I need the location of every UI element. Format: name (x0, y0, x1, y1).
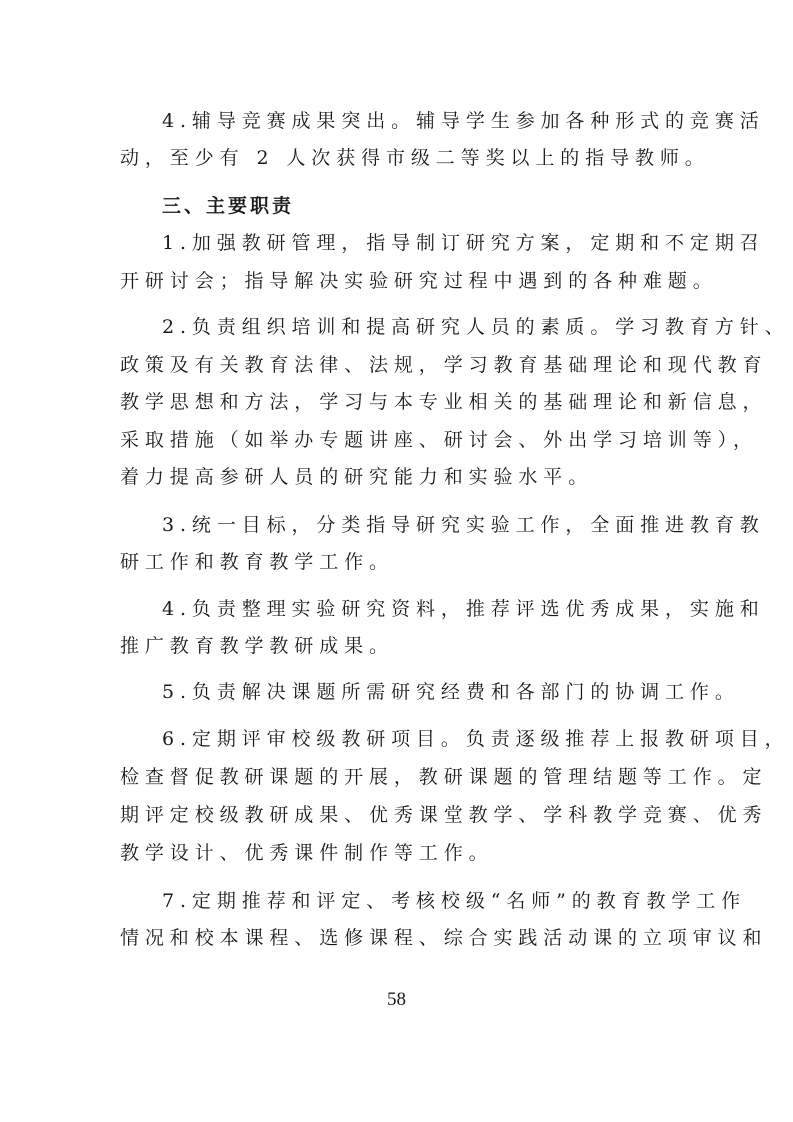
text-line: 2.负责组织培训和提高研究人员的素质。学习教育方针、 (162, 315, 722, 339)
section-heading: 三、主要职责 (162, 194, 722, 218)
text-line: 1.加强教研管理，指导制订研究方案，定期和不定期召 (162, 231, 722, 255)
text-line: 政策及有关教育法律、法规，学习教育基础理论和现代教育 (120, 353, 680, 377)
text-line: 推广教育教学教研成果。 (120, 634, 680, 658)
text-line: 期评定校级教研成果、优秀课堂教学、学科教学竞赛、优秀 (120, 803, 680, 827)
text-line: 6.定期评审校级教研项目。负责逐级推荐上报教研项目， (162, 727, 722, 751)
page-number: 58 (0, 989, 793, 1011)
text-line: 着力提高参研人员的研究能力和实验水平。 (120, 465, 680, 489)
text-line: 教学思想和方法，学习与本专业相关的基础理论和新信息， (120, 390, 680, 414)
text-line: 5.负责解决课题所需研究经费和各部门的协调工作。 (162, 680, 722, 704)
text-line: 4.负责整理实验研究资料，推荐评选优秀成果，实施和 (162, 597, 722, 621)
text-line: 检查督促教研课题的开展，教研课题的管理结题等工作。定 (120, 765, 680, 789)
text-line: 7.定期推荐和评定、考核校级“名师”的教育教学工作 (162, 889, 722, 913)
text-line: 教学设计、优秀课件制作等工作。 (120, 841, 680, 865)
document-page: 4.辅导竞赛成果突出。辅导学生参加各种形式的竞赛活动，至少有 2 人次获得市级二… (0, 0, 793, 1122)
text-line: 动，至少有 2 人次获得市级二等奖以上的指导教师。 (120, 146, 680, 170)
text-line: 情况和校本课程、选修课程、综合实践活动课的立项审议和 (120, 926, 680, 950)
text-line: 3.统一目标，分类指导研究实验工作，全面推进教育教 (162, 513, 722, 537)
text-line: 4.辅导竞赛成果突出。辅导学生参加各种形式的竞赛活 (162, 109, 722, 133)
text-line: 开研讨会；指导解决实验研究过程中遇到的各种难题。 (120, 269, 680, 293)
text-line: 研工作和教育教学工作。 (120, 550, 680, 574)
text-line: 采取措施（如举办专题讲座、研讨会、外出学习培训等）， (120, 428, 680, 452)
